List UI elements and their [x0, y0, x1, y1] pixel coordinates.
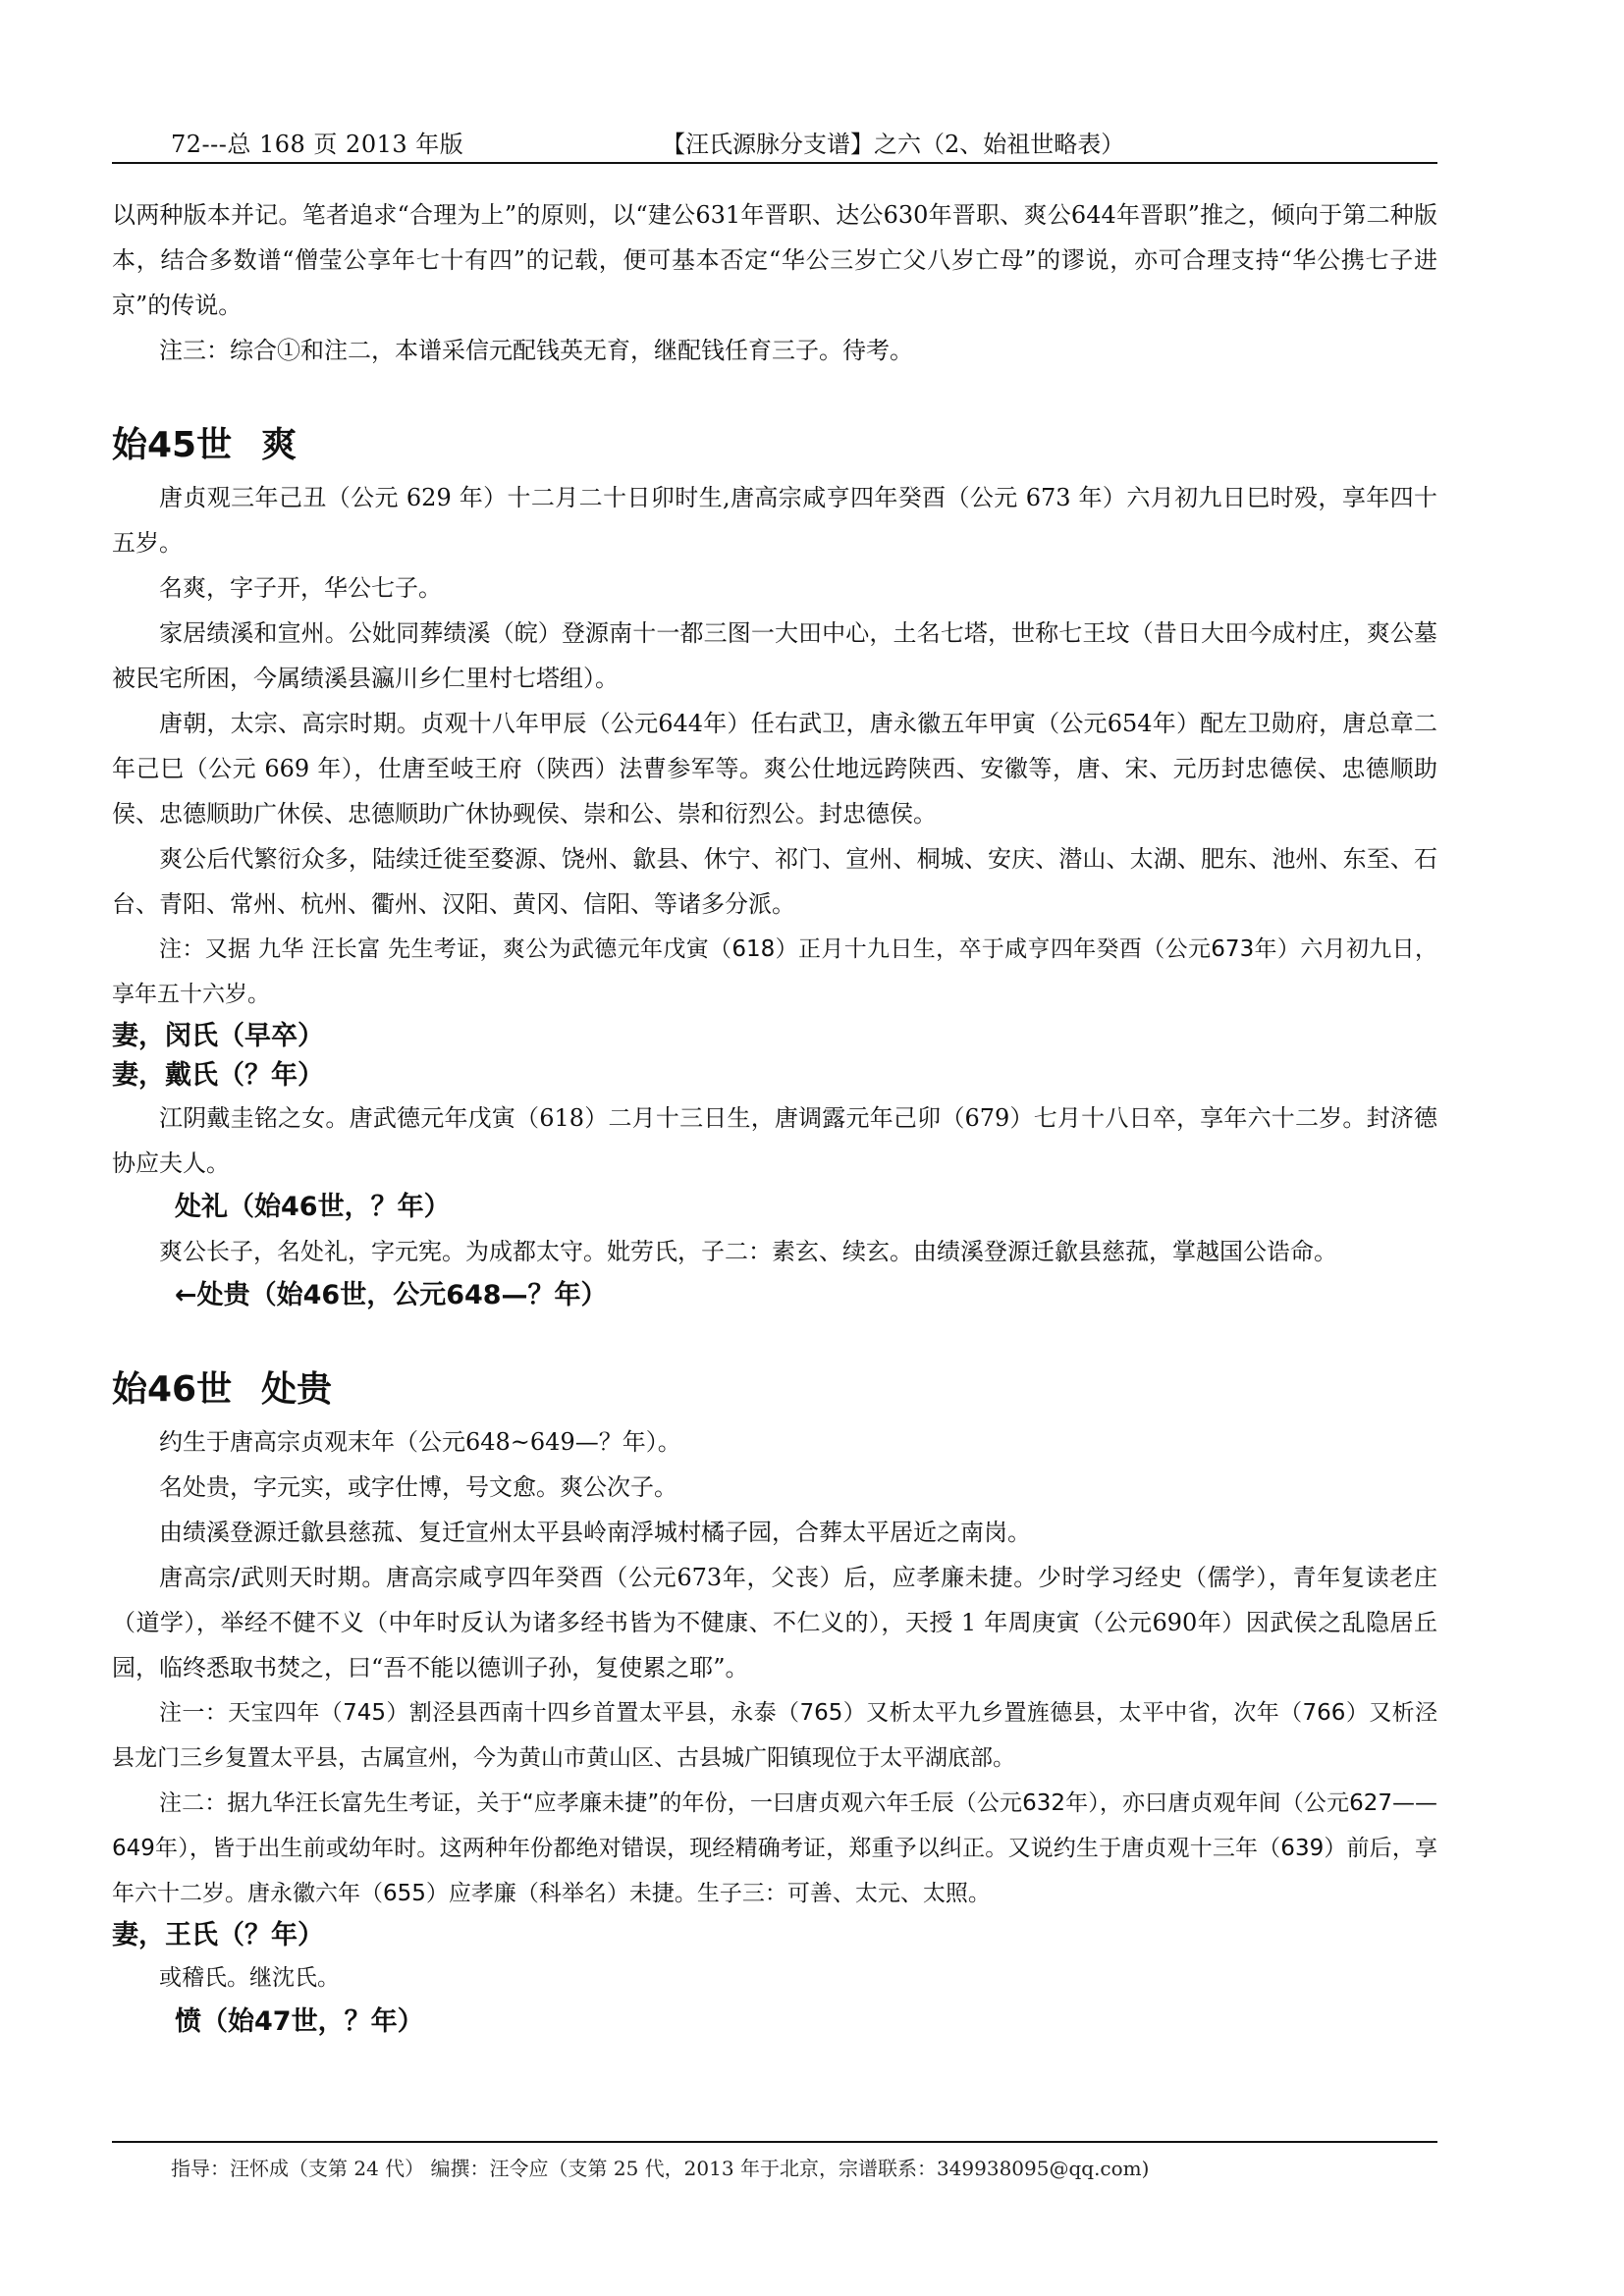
wife-heading: 妻，戴氏（？年） — [112, 1056, 1437, 1095]
son-heading: 愤（始47世，？年） — [112, 2001, 1437, 2044]
son-heading: 处礼（始46世，？年） — [112, 1186, 1437, 1229]
bio-paragraph: 名爽，字子开，华公七子。 — [112, 565, 1437, 611]
note-one: 注一：天宝四年（745）割泾县西南十四乡首置太平县，永泰（765）又析太平九乡置… — [112, 1690, 1437, 1781]
bio-paragraph: 唐贞观三年己丑（公元 629 年）十二月二十日卯时生,唐高宗咸亨四年癸酉（公元 … — [112, 475, 1437, 565]
footer-rule — [112, 2141, 1437, 2143]
intro-paragraph: 以两种版本并记。笔者追求“合理为上”的原则，以“建公631年晋职、达公630年晋… — [112, 192, 1437, 328]
bio-paragraph: 唐高宗/武则天时期。唐高宗咸亨四年癸酉（公元673年，父丧）后，应孝廉未捷。少时… — [112, 1555, 1437, 1690]
bio-paragraph: 由绩溪登源迁歙县慈菰、复迁宣州太平县岭南浮城村橘子园，合葬太平居近之南岗。 — [112, 1510, 1437, 1555]
note-three: 注三：综合①和注二，本谱采信元配钱英无育，继配钱任育三子。待考。 — [112, 328, 1437, 373]
page-header: 72---总 168 页 2013 年版 【汪氏源脉分支谱】之六（2、始祖世略表… — [112, 125, 1437, 164]
generation-label: 始45世 — [112, 425, 232, 465]
header-rule — [112, 162, 1437, 164]
wife-heading: 妻，王氏（？年） — [112, 1916, 1437, 1955]
page-info: 72---总 168 页 2013 年版 — [171, 125, 463, 159]
page-content: 以两种版本并记。笔者追求“合理为上”的原则，以“建公631年晋职、达公630年晋… — [112, 192, 1437, 2044]
ancestor-name: 爽 — [261, 425, 297, 465]
note-paragraph: 注：又据 九华 汪长富 先生考证，爽公为武德元年戊寅（618）正月十九日生，卒于… — [112, 927, 1437, 1017]
spacer — [112, 1317, 1437, 1361]
bio-paragraph: 约生于唐高宗贞观末年（公元648~649—？年）。 — [112, 1419, 1437, 1465]
page-footer: 指导：汪怀成（支第 24 代） 编撰：汪令应（支第 25 代，2013 年于北京… — [171, 2153, 1149, 2181]
bio-paragraph: 名处贵，字元实，或字仕博，号文愈。爽公次子。 — [112, 1465, 1437, 1510]
note-two: 注二：据九华汪长富先生考证，关于“应孝廉未捷”的年份，一曰唐贞观六年壬辰（公元6… — [112, 1781, 1437, 1916]
bio-paragraph: 爽公后代繁衍众多，陆续迁徙至婺源、饶州、歙县、休宁、祁门、宣州、桐城、安庆、潜山… — [112, 836, 1437, 927]
section-heading-gen46: 始46世处贵 — [112, 1361, 1437, 1419]
wife-heading: 妻，闵氏（早卒） — [112, 1017, 1437, 1056]
bio-paragraph: 唐朝，太宗、高宗时期。贞观十八年甲辰（公元644年）任右武卫，唐永徽五年甲寅（公… — [112, 701, 1437, 836]
wife-description: 江阴戴圭铭之女。唐武德元年戊寅（618）二月十三日生，唐调露元年己卯（679）七… — [112, 1095, 1437, 1186]
section-heading-gen45: 始45世爽 — [112, 416, 1437, 475]
wife-description: 或稽氏。继沈氏。 — [112, 1955, 1437, 2001]
spacer — [112, 373, 1437, 416]
document-title: 【汪氏源脉分支谱】之六（2、始祖世略表） — [662, 125, 1124, 159]
generation-label: 始46世 — [112, 1369, 232, 1410]
son-description: 爽公长子，名处礼，字元宪。为成都太守。妣劳氏，子二：素玄、续玄。由绩溪登源迁歙县… — [112, 1229, 1437, 1274]
son-heading-link: ←处贵（始46世，公元648—？年） — [112, 1274, 1437, 1317]
bio-paragraph: 家居绩溪和宣州。公妣同葬绩溪（皖）登源南十一都三图一大田中心，土名七塔，世称七王… — [112, 611, 1437, 701]
ancestor-name: 处贵 — [261, 1369, 332, 1410]
